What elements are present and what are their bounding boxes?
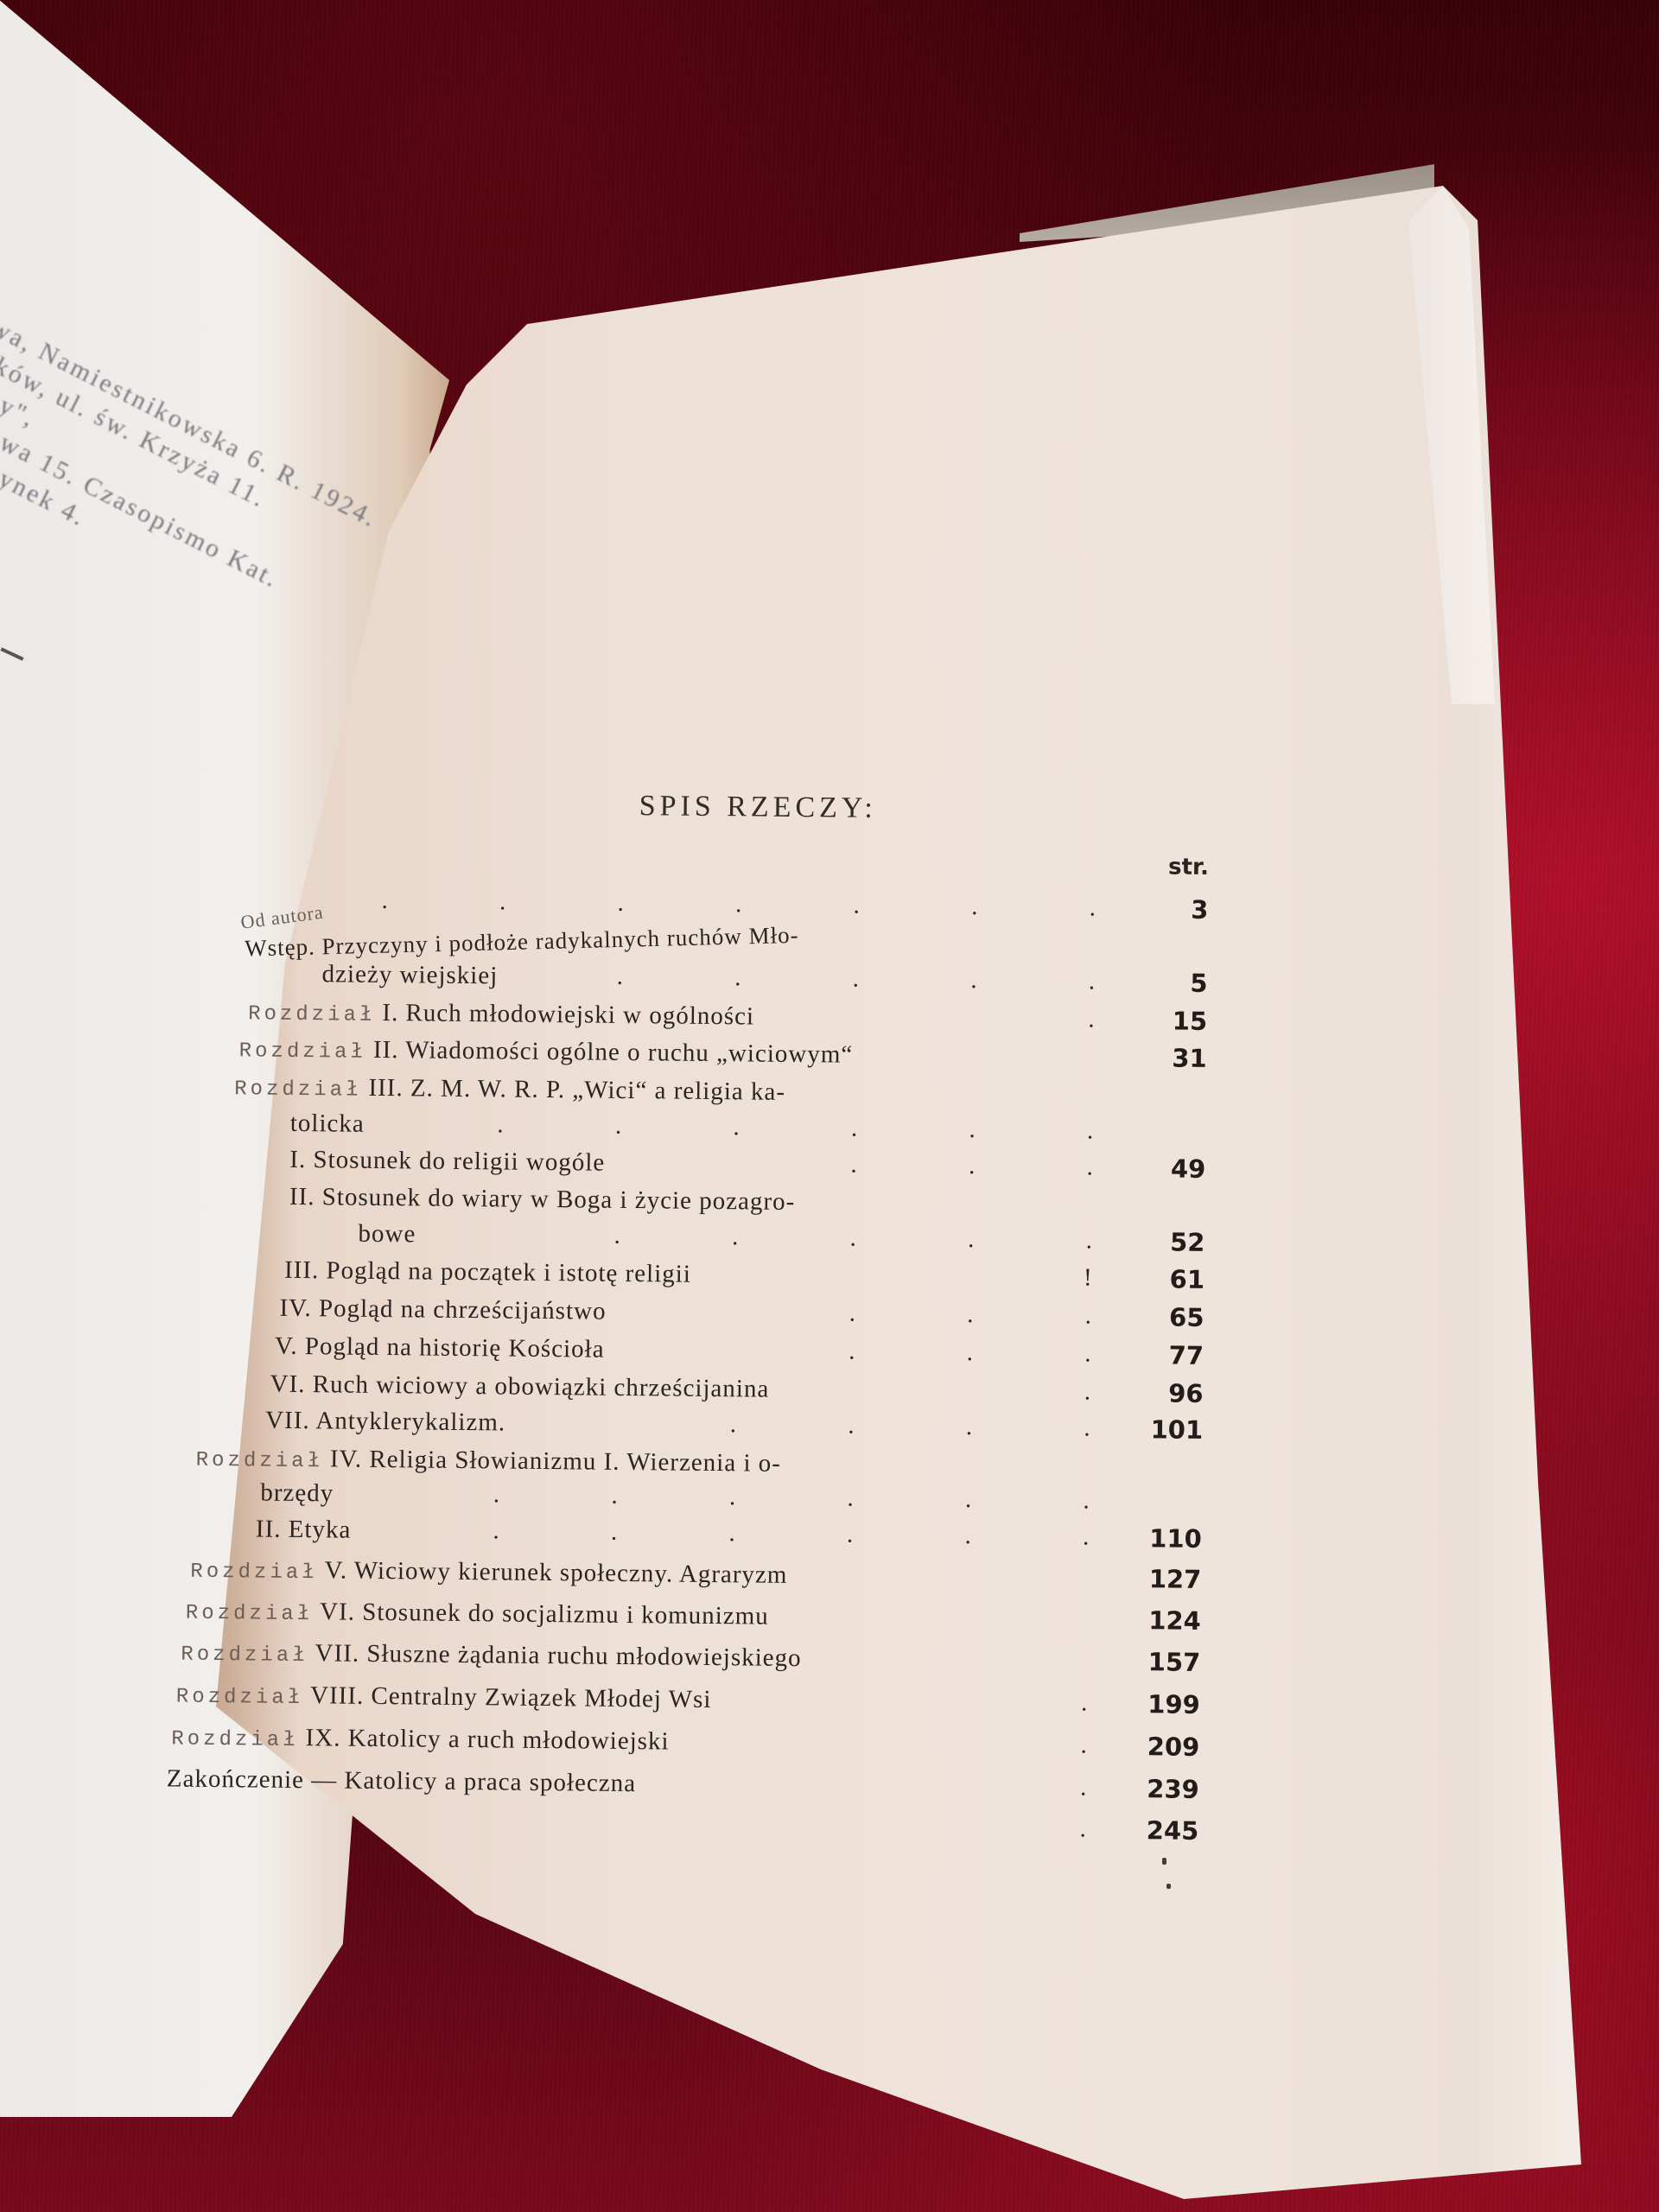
- toc-entry-text: VI. Stosunek do socjalizmu i komunizmu: [320, 1598, 769, 1630]
- toc-entry-text: bowe: [358, 1215, 416, 1254]
- toc-page-number: 15: [1138, 1001, 1207, 1040]
- toc-page-number: 101: [1134, 1410, 1203, 1449]
- toc-page-number: 157: [1131, 1643, 1200, 1681]
- ink-speck: [1162, 1858, 1166, 1865]
- ink-speck: [1166, 1884, 1171, 1889]
- toc-entry-text: IX. Katolicy a ruch młodowiejski: [305, 1724, 669, 1755]
- leader-dots: . . .: [850, 1147, 1146, 1188]
- leader-dots: . . .: [849, 1333, 1144, 1375]
- chapter-prefix: Rozdział: [186, 1602, 313, 1627]
- chapter-prefix: Rozdział: [181, 1643, 308, 1669]
- toc-page-number: 209: [1130, 1727, 1199, 1766]
- toc-page-number: 52: [1135, 1223, 1205, 1262]
- leader-dots: . . .: [849, 1295, 1144, 1337]
- toc-page-number: 124: [1132, 1601, 1201, 1640]
- toc-entry-text: dzieży wiejskiej: [321, 955, 498, 995]
- toc-page-number: 61: [1135, 1260, 1205, 1299]
- toc-page-number: 3: [1139, 890, 1208, 929]
- toc-entry-text: IV. Religia Słowianizmu I. Wierzenia i o…: [330, 1445, 781, 1477]
- toc-entry-text: I. Ruch młodowiejski w ogólności: [382, 999, 754, 1031]
- toc-entry-text: tolicka: [290, 1104, 365, 1143]
- toc-entry-text: VII. Antyklerykalizm.: [265, 1402, 505, 1442]
- chapter-prefix: Rozdział: [176, 1686, 303, 1711]
- toc-page-number: 239: [1130, 1770, 1199, 1808]
- toc-entry-text: IV. Pogląd na chrześcijaństwo: [279, 1289, 606, 1331]
- toc-entry-text: III. Pogląd na początek i istotę religii: [284, 1251, 691, 1294]
- toc-entry-text: II. Wiadomości ogólne o ruchu „wiciowym“: [373, 1036, 854, 1069]
- toc-title: SPIS RZECZY:: [639, 790, 876, 825]
- toc-page-number: 65: [1135, 1298, 1204, 1337]
- toc-page-number: 96: [1134, 1374, 1203, 1413]
- leader-dots: . . . . . .: [493, 1512, 1141, 1557]
- toc-page-number: 127: [1132, 1560, 1201, 1599]
- chapter-prefix: Rozdział: [196, 1449, 323, 1474]
- toc-entry-text: II. Etyka: [256, 1510, 352, 1548]
- toc-entry-text: I. Stosunek do religii wogóle: [289, 1141, 605, 1182]
- toc-page-number: 110: [1133, 1519, 1202, 1558]
- toc-entry-text: Zakończenie — Katolicy a praca społeczna: [167, 1759, 637, 1802]
- toc-entry-text: III. Z. M. W. R. P. „Wici“ a religia ka-: [368, 1074, 785, 1106]
- page-column-header: str.: [1168, 854, 1209, 880]
- leader-dots: . . . . .: [616, 958, 1147, 1001]
- chapter-prefix: Rozdział: [190, 1560, 317, 1586]
- toc-entry-text: VII. Słuszne żądania ruchu młodowiejskie…: [315, 1639, 801, 1672]
- chapter-prefix: Rozdział: [239, 1039, 366, 1065]
- toc-page-number: 199: [1131, 1685, 1200, 1724]
- toc-page-number: 49: [1136, 1149, 1205, 1188]
- leader-dots: . . . .: [729, 1406, 1142, 1448]
- toc-entry-text: brzędy: [260, 1474, 334, 1513]
- chapter-prefix: Rozdział: [171, 1727, 298, 1752]
- toc-entry-text: V. Wiciowy kierunek społeczny. Agraryzm: [324, 1556, 787, 1589]
- toc-entry-text: V. Pogląd na historię Kościoła: [275, 1327, 605, 1369]
- chapter-prefix: Rozdział: [248, 1002, 375, 1027]
- leader-dots: . . . . .: [613, 1217, 1145, 1261]
- toc-page-number: 5: [1138, 963, 1207, 1002]
- chapter-prefix: Rozdział: [234, 1077, 361, 1103]
- toc-entry-text: VIII. Centralny Związek Młodej Wsi: [310, 1681, 712, 1713]
- toc-page-number: 77: [1135, 1336, 1204, 1375]
- toc-page-number: 31: [1137, 1039, 1206, 1077]
- toc-page-number: 245: [1129, 1811, 1198, 1850]
